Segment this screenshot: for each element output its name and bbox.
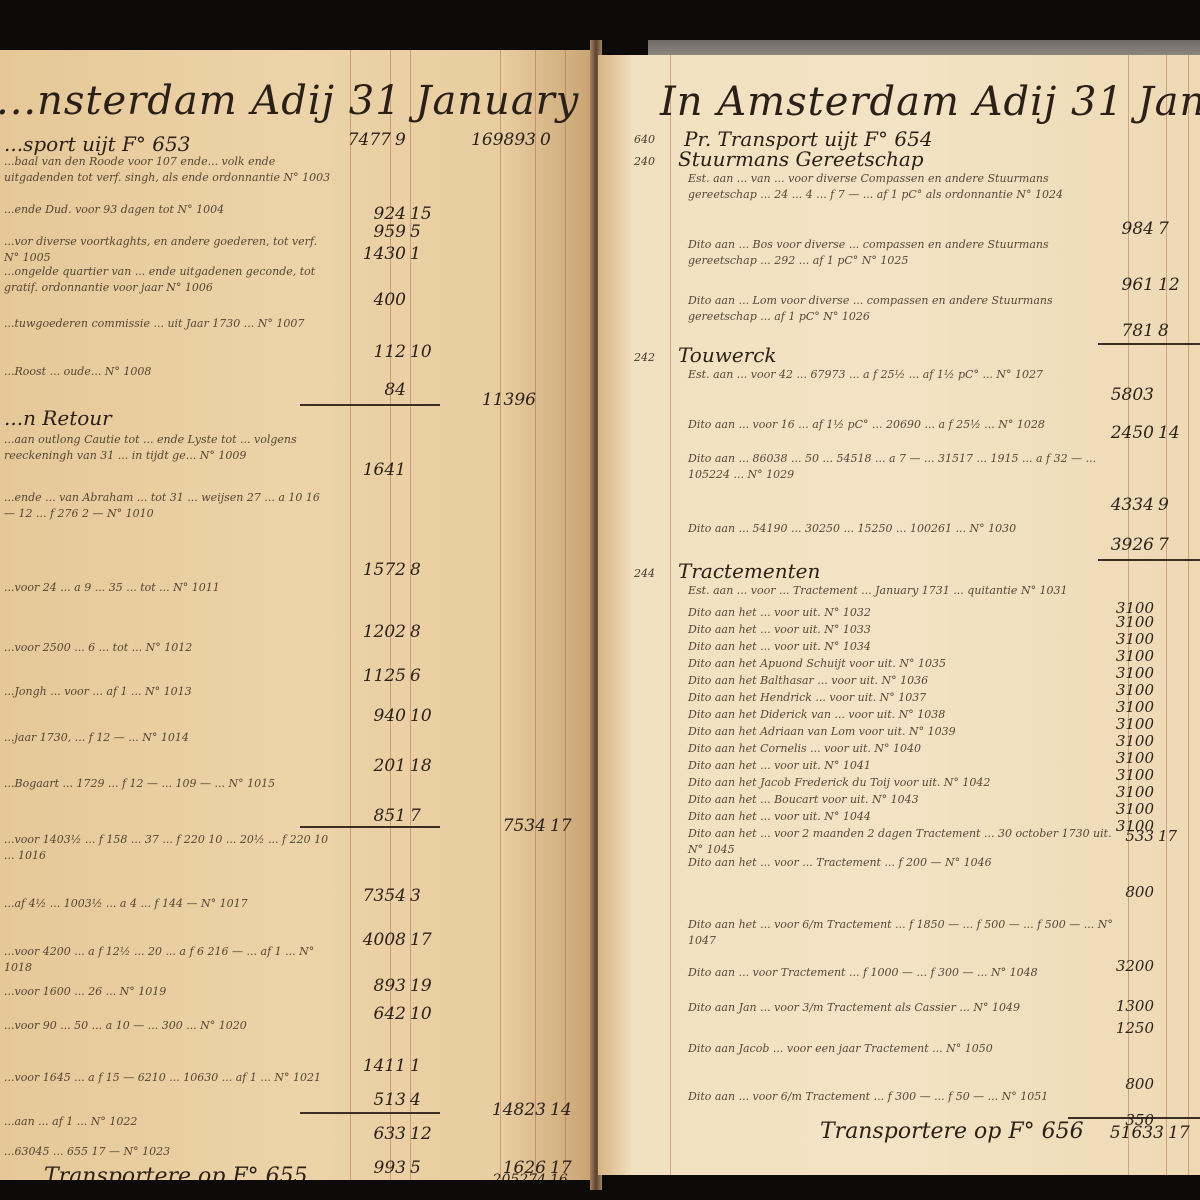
amount: 11256 [330,666,440,686]
section-ref: 240 [634,155,655,168]
entry-1048: Dito aan ... voor Tractement ... f 1000 … [688,965,1118,981]
entry-1017: ...af 4½ ... 1003½ ... a 4 ... f 144 — N… [4,896,334,912]
amount: 5803 [1098,385,1188,405]
section-head-tractementen: Tractementen [678,559,820,583]
amount: 43349 [1098,495,1188,515]
section-head-stuurmans: Stuurmans Gereetschap [678,147,924,171]
entry-1032: Dito aan het ... voor uit. N° 1032 [688,605,1118,621]
amount: 5134 [330,1090,440,1110]
amount: 1641 [330,460,440,480]
amount: 15728 [330,560,440,580]
entry-1044: Dito aan het ... voor uit. N° 1044 [688,809,1118,825]
amount: 9595 [330,222,440,242]
amount: 89319 [330,976,440,996]
entry-1045: Dito aan het ... voor 2 maanden 2 dagen … [688,826,1118,857]
entry-1034: Dito aan het ... voor uit. N° 1034 [688,639,1118,655]
amount: 63312 [330,1124,440,1144]
entry-1006: ...ongelde quartier van ... ende uitgade… [4,264,334,295]
entry-1031: Est. aan ... voor ... Tractement ... Jan… [688,583,1118,599]
entry-1008: ...Roost ... oude... N° 1008 [4,364,334,380]
amount: 14111 [330,1056,440,1076]
book-cover-edge [648,40,1200,56]
entry-1036: Dito aan het Balthasar ... voor uit. N° … [688,673,1118,689]
entry-1005: ...vor diverse voortkaghts, en andere go… [4,234,334,265]
entry-1007: ...tuwgoederen commissie ... uit Jaar 17… [4,316,334,332]
entry-1013: ...Jongh ... voor ... af 1 ... N° 1013 [4,684,334,700]
amount: 350 [1098,1111,1188,1129]
entry-1035: Dito aan het Apuond Schuijt voor uit. N°… [688,656,1118,672]
ledger-spread: ...nsterdam Adij 31 January 1731, ...spo… [0,0,1200,1200]
entry-1014: ...jaar 1730, ... f 12 — ... N° 1014 [4,730,334,746]
entry-1040: Dito aan het Cornelis ... voor uit. N° 1… [688,741,1118,757]
transport-in-left: ...sport uijt F° 653 [4,132,190,156]
entry-1019: ...voor 1600 ... 26 ... N° 1019 [4,984,334,1000]
amount: 20118 [330,756,440,776]
amount: 9935 [330,1158,440,1178]
carried-running-total: 1698930 [470,130,570,150]
amount: 8517 [330,806,440,826]
entry-1020: ...voor 90 ... 50 ... a 10 — ... 300 ...… [4,1018,334,1034]
section-head-touwerck: Touwerck [678,343,777,367]
subtotal-1: 11396 [460,390,570,410]
amount: 14301 [330,244,440,264]
section-head-retour: ...n Retour [4,406,112,430]
entry-1033: Dito aan het ... voor uit. N° 1033 [688,622,1118,638]
section-ref: 244 [634,567,655,580]
subtotal-3: 1482314 [460,1100,580,1120]
page-heading-right: In Amsterdam Adij 31 January 173... [660,79,1200,125]
amount: 96112 [1098,275,1188,295]
amount: 9847 [1098,219,1188,239]
amount: 1250 [1098,1019,1188,1037]
entry-1028: Dito aan ... voor 16 ... af 1½ pC° ... 2… [688,417,1118,433]
entry-1051: Dito aan ... voor 6/m Tractement ... f 3… [688,1089,1118,1105]
grand-total-left: 20527416 [460,1172,580,1180]
amount: 94010 [330,706,440,726]
entry-1023: ...63045 ... 655 17 — N° 1023 [4,1144,334,1160]
entry-1050: Dito aan Jacob ... voor een jaar Tractem… [688,1041,1118,1057]
entry-1022: ...aan ... af 1 ... N° 1022 [4,1114,334,1130]
amount: 39267 [1098,535,1188,555]
entry-1009: ...aan outlong Cautie tot ... ende Lyste… [4,432,334,463]
left-page: ...nsterdam Adij 31 January 1731, ...spo… [0,50,592,1180]
entry-1016: ...voor 1403½ ... f 158 ... 37 ... f 220… [4,832,334,863]
section-ref: 242 [634,351,655,364]
amount: 245014 [1098,423,1188,443]
amount: 400817 [330,930,440,950]
entry-1037: Dito aan het Hendrick ... voor uit. N° 1… [688,690,1118,706]
transport-out-right: Transportere op F° 656 [820,1119,1084,1144]
entry-1021: ...voor 1645 ... a f 15 — 6210 ... 10630… [4,1070,334,1086]
amount: 53317 [1098,827,1188,845]
entry-1024: Est. aan ... van ... voor diverse Compas… [688,171,1118,202]
entry-1029: Dito aan ... 86038 ... 50 ... 54518 ... … [688,451,1118,482]
entry-1047: Dito aan het ... voor 6/m Tractement ...… [688,917,1118,948]
entry-1039: Dito aan het Adriaan van Lom voor uit. N… [688,724,1118,740]
amount: 92415 [330,204,440,224]
entry-1015: ...Bogaart ... 1729 ... f 12 — ... 109 —… [4,776,334,792]
entry-1030: Dito aan ... 54190 ... 30250 ... 15250 .… [688,521,1118,537]
amount: 73543 [330,886,440,906]
subtotal-2: 753417 [460,816,580,836]
amount: 12028 [330,622,440,642]
transport-out-left: Transportere op F° 655 [44,1164,308,1180]
entry-1010: ...ende ... van Abraham ... tot 31 ... w… [4,490,334,521]
right-page: In Amsterdam Adij 31 January 173... 640 … [598,55,1200,1175]
entry-1038: Dito aan het Diderick van ... voor uit. … [688,707,1118,723]
entry-1049: Dito aan Jan ... voor 3/m Tractement als… [688,1000,1118,1016]
entry-1046: Dito aan het ... voor ... Tractement ...… [688,855,1118,871]
entry-1012: ...voor 2500 ... 6 ... tot ... N° 1012 [4,640,334,656]
page-heading-left: ...nsterdam Adij 31 January 1731, [0,78,592,124]
gutter-ref: 640 [634,133,655,146]
entry-1042: Dito aan het Jacob Frederick du Toij voo… [688,775,1118,791]
entry-1018: ...voor 4200 ... a f 12½ ... 20 ... a f … [4,944,334,975]
carried-amount: 74779 [345,130,425,150]
entry-1043: Dito aan het ... Boucart voor uit. N° 10… [688,792,1118,808]
entry-1004: ...ende Dud. voor 93 dagen tot N° 1004 [4,202,334,218]
entry-1027: Est. aan ... voor 42 ... 67973 ... a f 2… [688,367,1118,383]
entry-1011: ...voor 24 ... a 9 ... 35 ... tot ... N°… [4,580,334,596]
amount: 400 [330,290,440,310]
amount: 800 [1098,883,1188,901]
amount: 84 [330,380,440,400]
amount: 64210 [330,1004,440,1024]
entry-1041: Dito aan het ... voor uit. N° 1041 [688,758,1118,774]
amount: 7818 [1098,321,1188,341]
amount: 11210 [330,342,440,362]
entry-1026: Dito aan ... Lom voor diverse ... compas… [688,293,1118,324]
entry-1025: Dito aan ... Bos voor diverse ... compas… [688,237,1118,268]
entry-1003: ...baal van den Roode voor 107 ende... v… [4,154,334,185]
